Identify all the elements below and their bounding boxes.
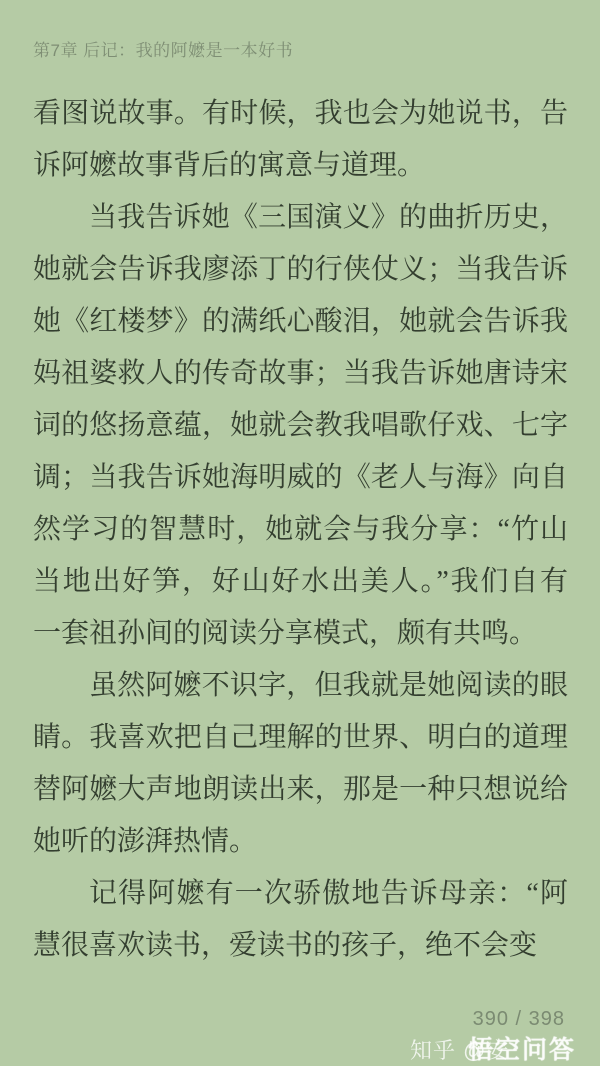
wukong-watermark: 悟空问答 (468, 1030, 576, 1066)
text-line: 当地出好笋，好山好水出美人。”我们自有 (33, 556, 568, 608)
text-line: 记得阿嬷有一次骄傲地告诉母亲：“阿 (33, 868, 568, 920)
text-line: 她就会告诉我廖添丁的行侠仗义；当我告诉 (33, 244, 568, 296)
text-line: 妈祖婆救人的传奇故事；当我告诉她唐诗宋 (33, 348, 568, 400)
text-line: 替阿嬷大声地朗读出来，那是一种只想说给 (33, 764, 568, 816)
text-line: 看图说故事。有时候，我也会为她说书，告 (33, 88, 568, 140)
text-line: 虽然阿嬷不识字，但我就是她阅读的眼 (33, 660, 568, 712)
text-line: 诉阿嬷故事背后的寓意与道理。 (33, 140, 568, 192)
text-line: 睛。我喜欢把自己理解的世界、明白的道理 (33, 712, 568, 764)
text-line: 一套祖孙间的阅读分享模式，颇有共鸣。 (33, 608, 568, 660)
text-line: 调；当我告诉她海明威的《老人与海》向自 (33, 452, 568, 504)
text-line: 她听的澎湃热情。 (33, 816, 568, 868)
text-line: 然学习的智慧时，她就会与我分享：“竹山 (33, 504, 568, 556)
chapter-title: 第7章 后记：我的阿嬷是一本好书 (33, 36, 293, 61)
zhihu-watermark: 知乎 @安 (410, 1034, 509, 1065)
text-line: 慧很喜欢读书，爱读书的孩子，绝不会变 (33, 920, 568, 972)
text-line: 她《红楼梦》的满纸心酸泪，她就会告诉我 (33, 296, 568, 348)
text-line: 当我告诉她《三国演义》的曲折历史， (33, 192, 568, 244)
reader-page[interactable]: 第7章 后记：我的阿嬷是一本好书 看图说故事。有时候，我也会为她说书，告诉阿嬷故… (0, 0, 600, 1066)
page-indicator: 390 / 398 (473, 1008, 565, 1031)
book-text: 看图说故事。有时候，我也会为她说书，告诉阿嬷故事背后的寓意与道理。当我告诉她《三… (33, 88, 568, 972)
text-line: 词的悠扬意蕴，她就会教我唱歌仔戏、七字 (33, 400, 568, 452)
